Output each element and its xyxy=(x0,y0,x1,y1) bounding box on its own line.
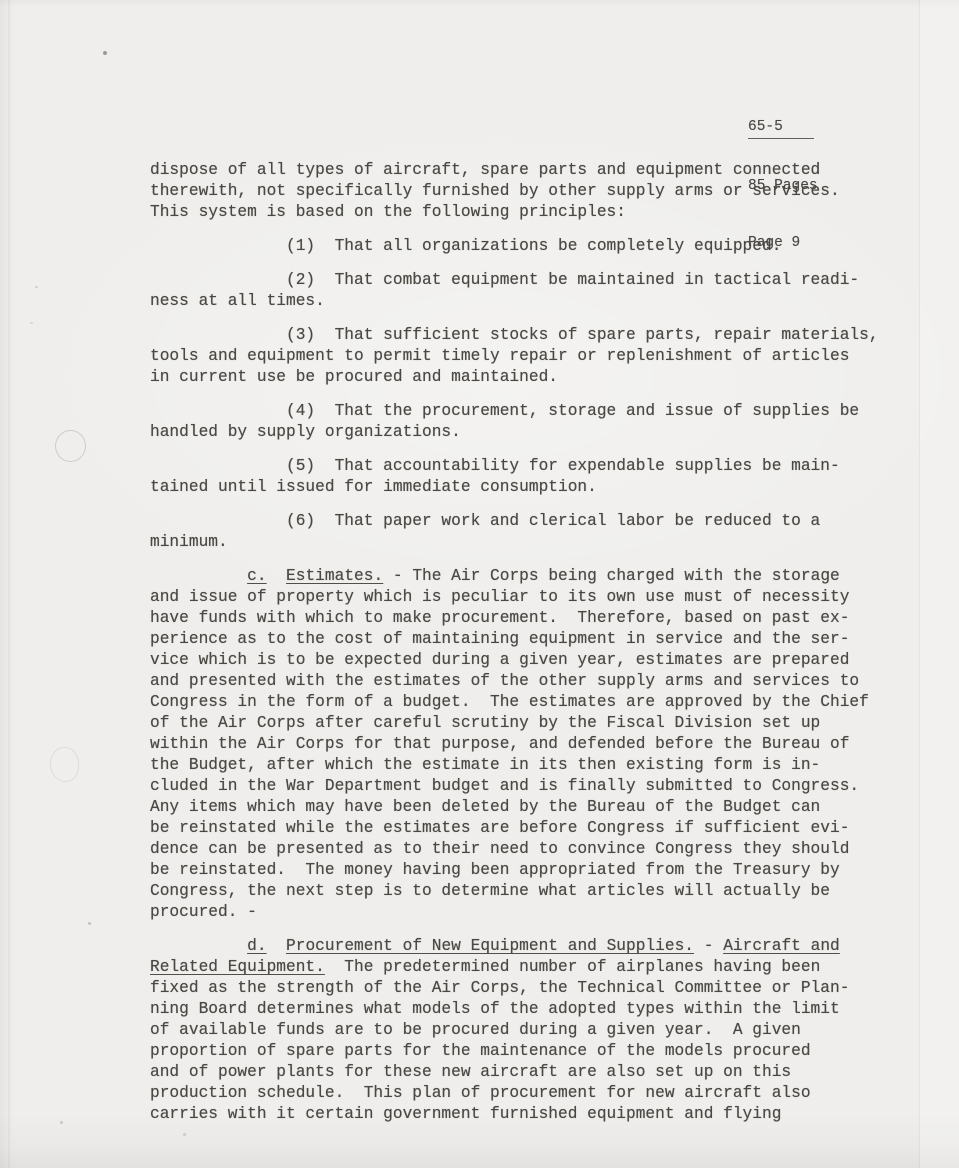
text-line: ning Board determines what models of the… xyxy=(150,999,910,1020)
text-line: Any items which may have been deleted by… xyxy=(150,797,910,818)
text-line: (3) That sufficient stocks of spare part… xyxy=(150,325,910,346)
underlined-text-segment: Related Equipment. xyxy=(150,958,325,976)
paragraph-principle-3: (3) That sufficient stocks of spare part… xyxy=(150,325,910,388)
text-segment: handled by supply organizations. xyxy=(150,423,461,441)
text-segment: cluded in the War Department budget and … xyxy=(150,777,859,795)
text-line: (2) That combat equipment be maintained … xyxy=(150,270,910,291)
text-segment: (6) That paper work and clerical labor b… xyxy=(150,512,820,530)
text-segment: - The Air Corps being charged with the s… xyxy=(383,567,840,585)
text-segment: dence can be presented as to their need … xyxy=(150,840,849,858)
paragraph-procurement-new-equipment: d. Procurement of New Equipment and Supp… xyxy=(150,936,910,1125)
text-line: This system is based on the following pr… xyxy=(150,202,910,223)
text-line: (5) That accountability for expendable s… xyxy=(150,456,910,477)
text-segment: Any items which may have been deleted by… xyxy=(150,798,820,816)
text-line: d. Procurement of New Equipment and Supp… xyxy=(150,936,910,957)
text-line: perience as to the cost of maintaining e… xyxy=(150,629,910,650)
ink-speck xyxy=(103,51,107,55)
paragraph-principle-4: (4) That the procurement, storage and is… xyxy=(150,401,910,443)
text-segment: have funds with which to make procuremen… xyxy=(150,609,849,627)
text-segment: therewith, not specifically furnished by… xyxy=(150,182,840,200)
text-segment: fixed as the strength of the Air Corps, … xyxy=(150,979,849,997)
text-segment: be reinstated. The money having been app… xyxy=(150,861,840,879)
text-line: fixed as the strength of the Air Corps, … xyxy=(150,978,910,999)
ink-speck xyxy=(183,1133,186,1136)
hole-punch-mark xyxy=(55,430,86,462)
text-segment xyxy=(267,937,286,955)
text-segment: and presented with the estimates of the … xyxy=(150,672,859,690)
underlined-text-segment: c. xyxy=(247,567,266,585)
text-segment: of available funds are to be procured du… xyxy=(150,1021,801,1039)
paper-edge-line xyxy=(8,0,10,1168)
text-segment: The predetermined number of airplanes ha… xyxy=(325,958,820,976)
hole-punch-mark-faint xyxy=(50,747,79,782)
text-segment: tools and equipment to permit timely rep… xyxy=(150,347,849,365)
ink-speck xyxy=(60,1121,63,1124)
text-segment: the Budget, after which the estimate in … xyxy=(150,756,820,774)
text-line: production schedule. This plan of procur… xyxy=(150,1083,910,1104)
doc-number: 65-5 xyxy=(748,118,814,139)
text-segment: procured. - xyxy=(150,903,257,921)
text-line: c. Estimates. - The Air Corps being char… xyxy=(150,566,910,587)
text-line: (4) That the procurement, storage and is… xyxy=(150,401,910,422)
paper-crease-line xyxy=(919,0,920,1168)
text-segment: (5) That accountability for expendable s… xyxy=(150,457,840,475)
paragraph-principle-6: (6) That paper work and clerical labor b… xyxy=(150,511,910,553)
text-line: of available funds are to be procured du… xyxy=(150,1020,910,1041)
ink-speck xyxy=(88,922,91,925)
text-segment: tained until issued for immediate consum… xyxy=(150,478,597,496)
text-line: have funds with which to make procuremen… xyxy=(150,608,910,629)
text-segment: production schedule. This plan of procur… xyxy=(150,1084,811,1102)
text-segment: carries with it certain government furni… xyxy=(150,1105,781,1123)
text-segment: proportion of spare parts for the mainte… xyxy=(150,1042,811,1060)
text-segment: Congress in the form of a budget. The es… xyxy=(150,693,869,711)
underlined-text-segment: Estimates. xyxy=(286,567,383,585)
text-segment xyxy=(267,567,286,585)
underlined-text-segment: d. xyxy=(247,937,266,955)
text-segment: and of power plants for these new aircra… xyxy=(150,1063,791,1081)
text-line: and issue of property which is peculiar … xyxy=(150,587,910,608)
text-line: handled by supply organizations. xyxy=(150,422,910,443)
text-line: tained until issued for immediate consum… xyxy=(150,477,910,498)
text-segment: (2) That combat equipment be maintained … xyxy=(150,271,859,289)
text-segment: ning Board determines what models of the… xyxy=(150,1000,840,1018)
text-segment: of the Air Corps after careful scrutiny … xyxy=(150,714,820,732)
underlined-text-segment: Aircraft and xyxy=(723,937,840,955)
paragraph-principle-5: (5) That accountability for expendable s… xyxy=(150,456,910,498)
text-line: therewith, not specifically furnished by… xyxy=(150,181,910,202)
text-line: and presented with the estimates of the … xyxy=(150,671,910,692)
text-line: vice which is to be expected during a gi… xyxy=(150,650,910,671)
text-segment: and issue of property which is peculiar … xyxy=(150,588,849,606)
text-line: Related Equipment. The predetermined num… xyxy=(150,957,910,978)
text-line: dence can be presented as to their need … xyxy=(150,839,910,860)
text-line: minimum. xyxy=(150,532,910,553)
paragraph-intro: dispose of all types of aircraft, spare … xyxy=(150,160,910,223)
text-segment: vice which is to be expected during a gi… xyxy=(150,651,849,669)
text-line: tools and equipment to permit timely rep… xyxy=(150,346,910,367)
text-segment: - xyxy=(694,937,723,955)
text-line: be reinstated. The money having been app… xyxy=(150,860,910,881)
text-line: (6) That paper work and clerical labor b… xyxy=(150,511,910,532)
text-line: proportion of spare parts for the mainte… xyxy=(150,1041,910,1062)
text-segment xyxy=(150,937,247,955)
ink-speck xyxy=(35,286,38,288)
text-line: be reinstated while the estimates are be… xyxy=(150,818,910,839)
text-segment: Congress, the next step is to determine … xyxy=(150,882,830,900)
text-segment: (3) That sufficient stocks of spare part… xyxy=(150,326,879,344)
ink-speck xyxy=(30,322,33,324)
text-line: within the Air Corps for that purpose, a… xyxy=(150,734,910,755)
text-line: dispose of all types of aircraft, spare … xyxy=(150,160,910,181)
text-line: of the Air Corps after careful scrutiny … xyxy=(150,713,910,734)
text-segment: in current use be procured and maintaine… xyxy=(150,368,558,386)
text-line: in current use be procured and maintaine… xyxy=(150,367,910,388)
text-line: carries with it certain government furni… xyxy=(150,1104,910,1125)
text-line: and of power plants for these new aircra… xyxy=(150,1062,910,1083)
text-segment xyxy=(150,567,247,585)
text-line: cluded in the War Department budget and … xyxy=(150,776,910,797)
text-segment: within the Air Corps for that purpose, a… xyxy=(150,735,849,753)
text-segment: This system is based on the following pr… xyxy=(150,203,626,221)
paragraph-principle-1: (1) That all organizations be completely… xyxy=(150,236,910,257)
text-line: the Budget, after which the estimate in … xyxy=(150,755,910,776)
paragraph-estimates: c. Estimates. - The Air Corps being char… xyxy=(150,566,910,923)
paper-crease-band xyxy=(920,0,959,1168)
text-line: procured. - xyxy=(150,902,910,923)
text-line: ness at all times. xyxy=(150,291,910,312)
text-line: (1) That all organizations be completely… xyxy=(150,236,910,257)
paragraph-principle-2: (2) That combat equipment be maintained … xyxy=(150,270,910,312)
text-segment: (1) That all organizations be completely… xyxy=(150,237,781,255)
text-segment: ness at all times. xyxy=(150,292,325,310)
text-segment: dispose of all types of aircraft, spare … xyxy=(150,161,820,179)
text-segment: minimum. xyxy=(150,533,228,551)
text-segment: perience as to the cost of maintaining e… xyxy=(150,630,849,648)
text-line: Congress in the form of a budget. The es… xyxy=(150,692,910,713)
document-body: dispose of all types of aircraft, spare … xyxy=(150,160,910,1125)
text-segment: (4) That the procurement, storage and is… xyxy=(150,402,859,420)
underlined-text-segment: Procurement of New Equipment and Supplie… xyxy=(286,937,694,955)
scanned-document-page: 65-5 85 Pages Page 9 dispose of all type… xyxy=(0,0,959,1168)
text-segment: be reinstated while the estimates are be… xyxy=(150,819,849,837)
text-line: Congress, the next step is to determine … xyxy=(150,881,910,902)
doc-number-line: 65-5 xyxy=(748,118,818,139)
